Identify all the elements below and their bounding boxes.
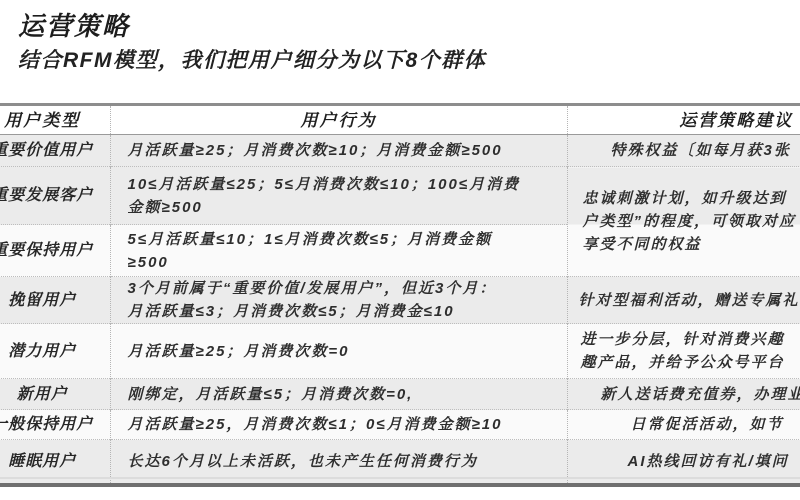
rfm-segments-table: 用户类型 用户行为 运营策略建议 重要价值用户 月活跃量≥25；月消费次数≥10… bbox=[0, 103, 800, 487]
user-behavior-cell: 刚绑定，月活跃量≤5；月消费次数=0, bbox=[110, 379, 567, 410]
user-type-cell: 一般保持用户 bbox=[0, 410, 110, 440]
user-behavior-cell: 3个月前属于“重要价值/发展用户”，但近3个月： 月活跃量≤3；月消费次数≤5；… bbox=[110, 277, 567, 324]
table-row: 潜力用户 月活跃量≥25；月消费次数=0 进一步分层，针对消费兴趣 趣产品，并给… bbox=[0, 324, 800, 379]
user-behavior-cell: 月活跃量≥25；月消费次数=0 bbox=[110, 324, 567, 379]
strategy-cell: 忠诚刺激计划，如升级达到 户类型”的程度，可领取对应 享受不同的权益 bbox=[567, 167, 800, 277]
col-header-strategy: 运营策略建议 bbox=[567, 105, 800, 135]
table-row: 一般保持用户 月活跃量≥25，月消费次数≤1；0≤月消费金额≥10 日常促活活动… bbox=[0, 410, 800, 440]
page-title: 运营策略 bbox=[18, 6, 130, 43]
strategy-cell: 新人送话费充值券，办理业 bbox=[567, 379, 800, 410]
strategy-cell: 日常促活活动，如节 bbox=[567, 410, 800, 440]
page-subtitle: 结合RFM模型，我们把用户细分为以下8个群体 bbox=[18, 44, 486, 74]
user-type-cell: 挽留用户 bbox=[0, 277, 110, 324]
user-type-cell: 重要发展客户 bbox=[0, 167, 110, 225]
bottom-divider bbox=[0, 477, 800, 479]
col-header-user-type: 用户类型 bbox=[0, 105, 110, 135]
table-row: 重要价值用户 月活跃量≥25；月消费次数≥10；月消费金额≥500 特殊权益〔如… bbox=[0, 135, 800, 167]
table-row: 重要发展客户 10≤月活跃量≤25；5≤月消费次数≤10；100≤月消费 金额≥… bbox=[0, 167, 800, 225]
user-type-cell: 重要保持用户 bbox=[0, 225, 110, 277]
user-behavior-cell: 月活跃量≥25；月消费次数≥10；月消费金额≥500 bbox=[110, 135, 567, 167]
strategy-cell: 特殊权益〔如每月获3张 bbox=[567, 135, 800, 167]
user-behavior-cell: 10≤月活跃量≤25；5≤月消费次数≤10；100≤月消费 金额≥500 bbox=[110, 167, 567, 225]
col-header-user-behavior: 用户行为 bbox=[110, 105, 567, 135]
user-type-cell: 潜力用户 bbox=[0, 324, 110, 379]
user-type-cell: 重要价值用户 bbox=[0, 135, 110, 167]
strategy-cell: 进一步分层，针对消费兴趣 趣产品，并给予公众号平台 bbox=[567, 324, 800, 379]
user-behavior-cell: 月活跃量≥25，月消费次数≤1；0≤月消费金额≥10 bbox=[110, 410, 567, 440]
user-type-cell: 新用户 bbox=[0, 379, 110, 410]
table-row: 挽留用户 3个月前属于“重要价值/发展用户”，但近3个月： 月活跃量≤3；月消费… bbox=[0, 277, 800, 324]
table-header-row: 用户类型 用户行为 运营策略建议 bbox=[0, 105, 800, 135]
table-row: 新用户 刚绑定，月活跃量≤5；月消费次数=0, 新人送话费充值券，办理业 bbox=[0, 379, 800, 410]
user-behavior-cell: 5≤月活跃量≤10；1≤月消费次数≤5；月消费金额 ≥500 bbox=[110, 225, 567, 277]
strategy-cell: 针对型福利活动，赠送专属礼 bbox=[567, 277, 800, 324]
